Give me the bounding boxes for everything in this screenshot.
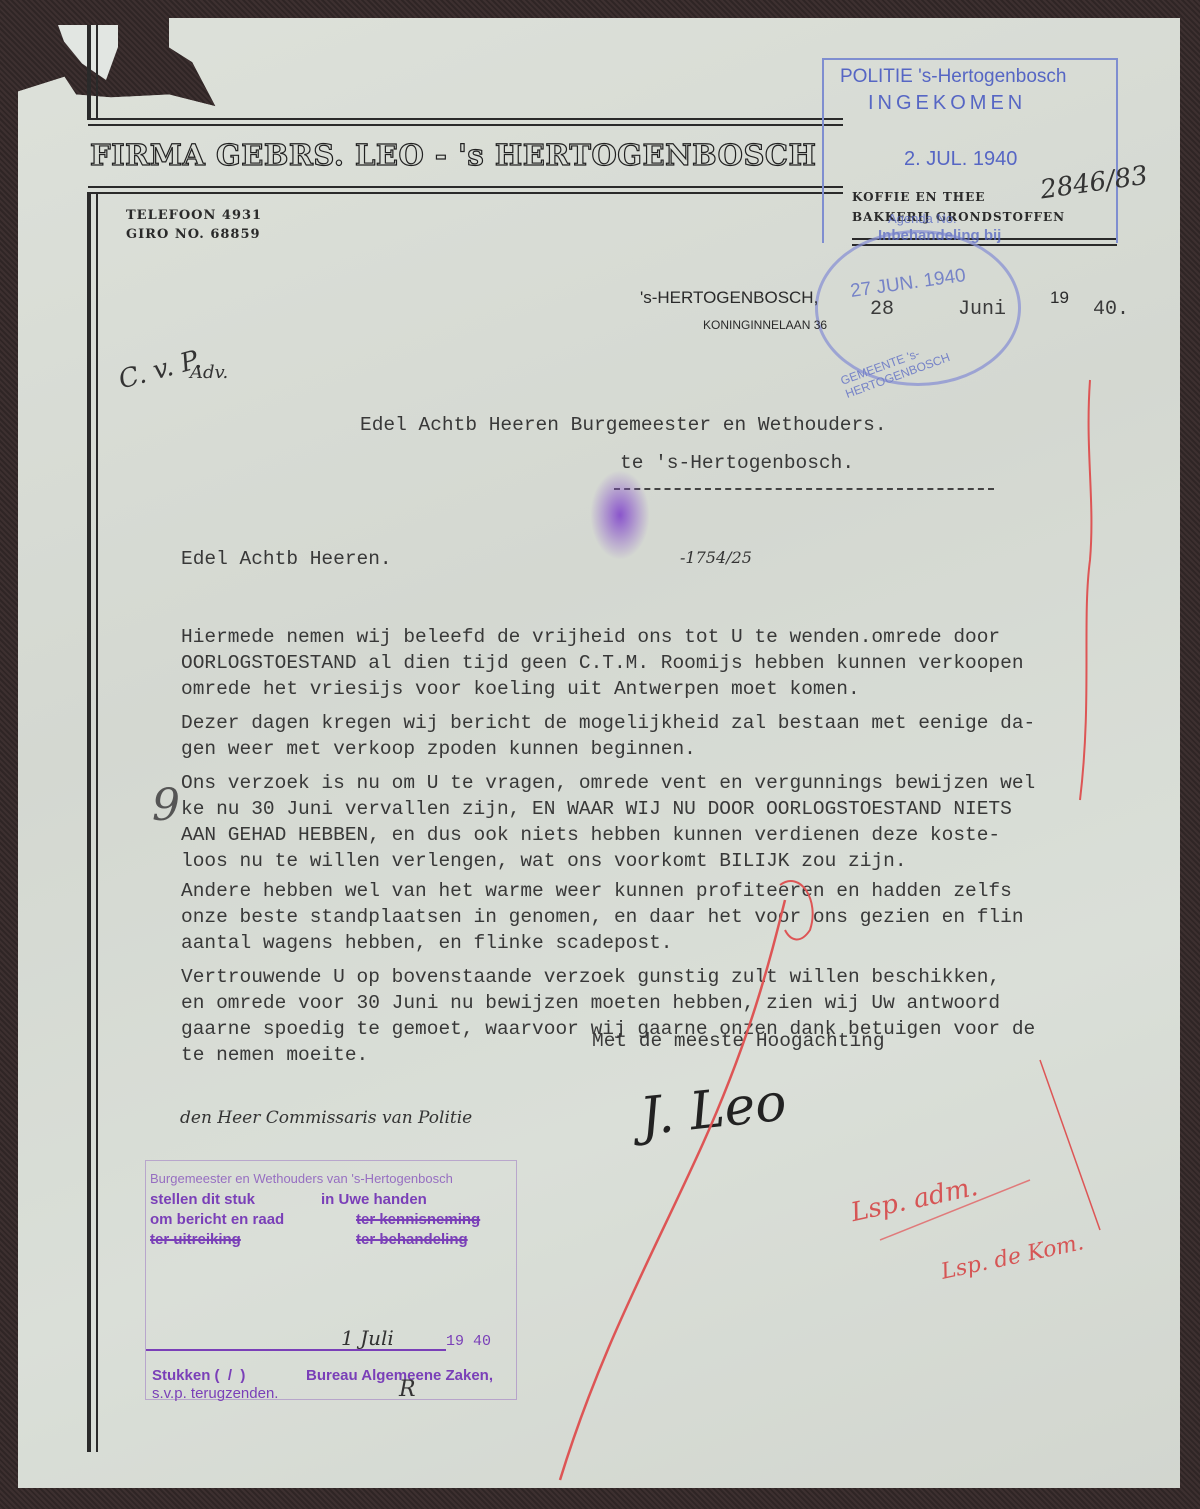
- routing-date-year: 19 40: [446, 1333, 491, 1350]
- routing-handwritten-recipient: den Heer Commissaris van Politie: [180, 1108, 520, 1128]
- routing-stukken: Stukken ( / ): [152, 1367, 245, 1384]
- routing-option: in Uwe handen: [321, 1191, 427, 1208]
- routing-recipient-text: den Heer Commissaris van Politie: [180, 1108, 472, 1128]
- routing-stamp: Burgemeester en Wethouders van 's-Hertog…: [145, 1160, 517, 1400]
- routing-option-text: ter uitreiking: [150, 1231, 241, 1248]
- routing-option: om bericht en raad: [150, 1211, 284, 1228]
- routing-option: stellen dit stuk: [150, 1191, 255, 1208]
- routing-option-text: ter behandeling: [356, 1231, 468, 1248]
- routing-option-struck: ter behandeling: [356, 1231, 468, 1248]
- routing-stamp-header: Burgemeester en Wethouders van 's-Hertog…: [150, 1171, 453, 1186]
- routing-return-note: s.v.p. terugzenden.: [152, 1385, 278, 1402]
- routing-date-rule: [146, 1349, 446, 1351]
- routing-date-hand: 1 Juli: [341, 1326, 394, 1350]
- routing-option-struck: ter uitreiking: [150, 1231, 241, 1248]
- routing-option-struck: ter kennisneming: [356, 1211, 480, 1228]
- routing-option-text: ter kennisneming: [356, 1211, 480, 1228]
- routing-initial: R: [399, 1377, 416, 1402]
